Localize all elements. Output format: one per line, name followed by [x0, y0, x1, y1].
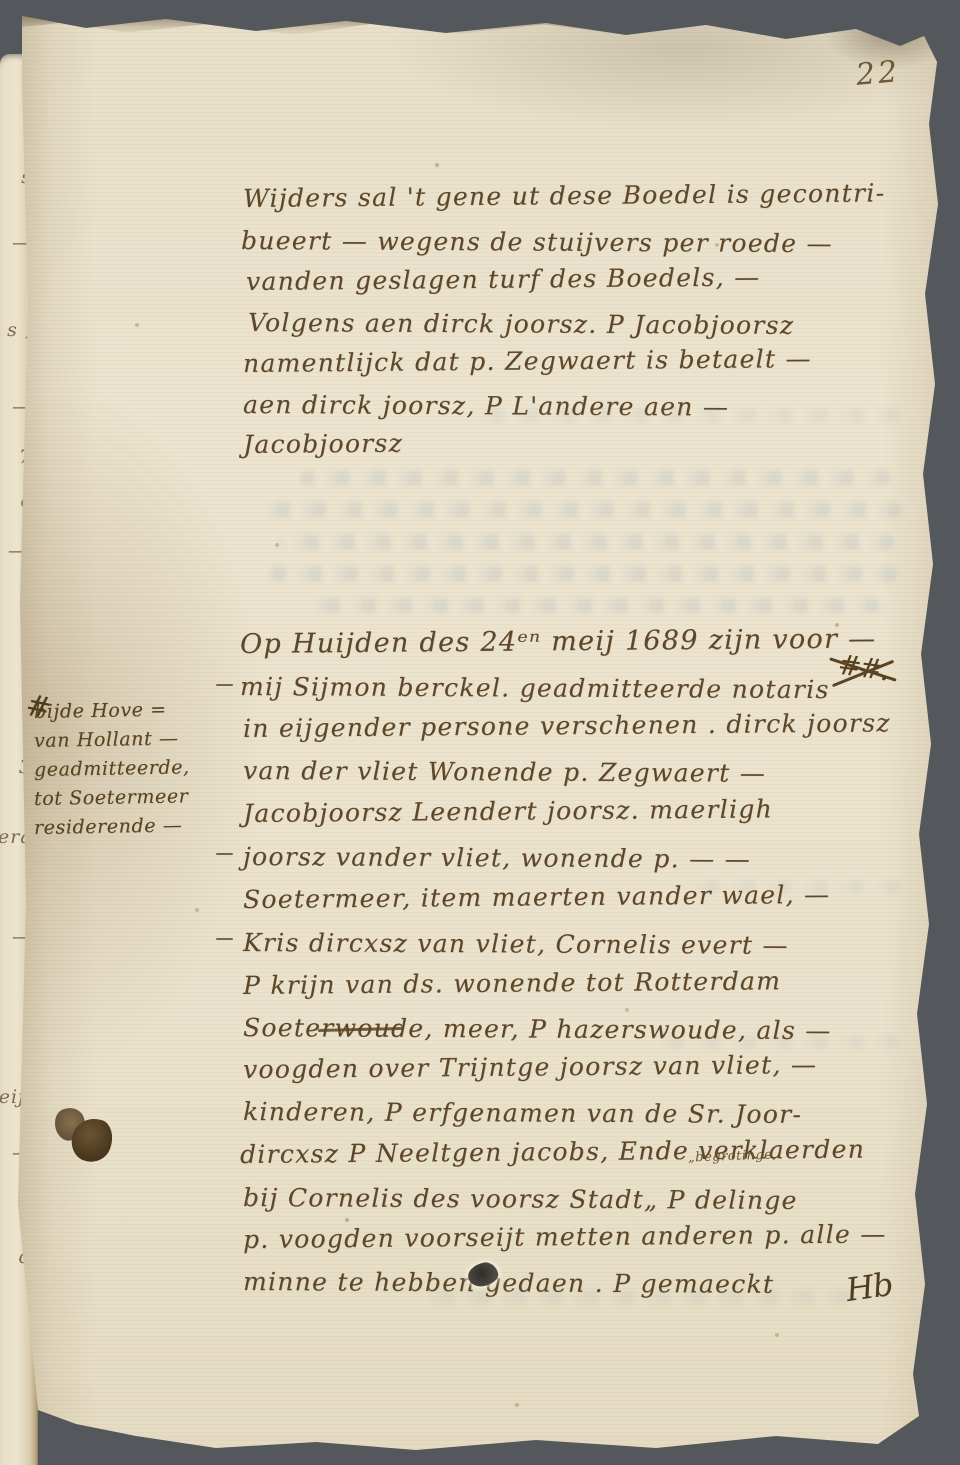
handwritten-line: in eijgender persone verschenen . dirck …	[243, 708, 891, 743]
handwritten-line: Wijders sal 't gene ut dese Boedel is ge…	[243, 178, 886, 213]
margin-note: bijde Hove = van Hollant — geadmitteerde…	[34, 698, 239, 843]
paper-specks	[16, 4, 18, 6]
handwritten-line: minne te hebben gedaen . P gemaeckt	[243, 1267, 774, 1299]
handwritten-line: mij Sijmon berckel. geadmitteerde notari…	[240, 672, 830, 704]
folio-number: 22	[855, 54, 902, 93]
margin-note-line: van Hollant —	[34, 723, 239, 756]
handwritten-line: Op Huijden des 24ᵉⁿ meij 1689 zijn voor …	[240, 623, 877, 660]
handwritten-line: Kris dircxsz van vliet, Cornelis evert —	[243, 928, 789, 960]
handwritten-line: p. voogden voorseijt metten anderen p. a…	[243, 1219, 887, 1254]
handwritten-line: voogden over Trijntge joorsz van vliet, …	[243, 1050, 817, 1084]
handwritten-line: vanden geslagen turf des Boedels, —	[246, 263, 761, 296]
margin-note-line: residerende —	[34, 810, 239, 843]
paraph-signature: Hb	[844, 1265, 895, 1309]
handwritten-line: Soetermeer, item maerten vander wael, —	[243, 880, 831, 914]
handwritten-line: bij Cornelis des voorsz Stadt„ P delinge	[243, 1183, 798, 1215]
handwritten-line: Jacobjoorsz Leendert joorsz. maerligh	[243, 794, 773, 828]
document-scan: s — s , — 7 c —⁄ 3 era — eij, — d 22 Wij…	[0, 0, 960, 1465]
handwritten-line: namentlijck dat p. Zegwaert is betaelt —	[243, 344, 812, 378]
margin-note-line: geadmitteerde,	[34, 752, 239, 785]
interlinear-note: „begrotinge,	[688, 1147, 777, 1165]
margin-note-line: bijde Hove =	[34, 694, 239, 727]
handwritten-line: Volgens aen dirck joorsz. P Jacobjoorsz	[248, 308, 794, 340]
handwritten-line: P krijn van ds. wonende tot Rotterdam	[243, 966, 781, 1000]
handwritten-line: van der vliet Wonende p. Zegwaert —	[243, 756, 766, 788]
handwritten-line: bueert — wegens de stuijvers per roede —	[241, 226, 833, 258]
darkened-top-edge	[16, 4, 942, 38]
handwritten-line: kinderen, P erfgenamen van de Sr. Joor-	[243, 1097, 802, 1129]
handwritten-line: joorsz vander vliet, wonende p. — —	[243, 842, 751, 874]
margin-note-line: tot Soetermeer	[34, 781, 239, 814]
handwritten-line: Jacobjoorsz	[243, 429, 403, 459]
